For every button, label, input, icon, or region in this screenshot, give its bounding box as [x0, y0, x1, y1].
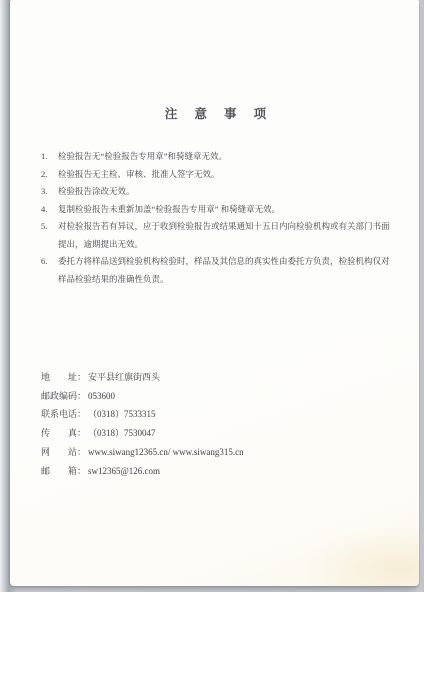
- contact-row-email: 邮 箱： sw12365@126.com: [41, 462, 390, 481]
- contact-value: 053600: [86, 387, 115, 406]
- contact-row-phone: 联系电话： （0318）7533315: [41, 405, 390, 424]
- contact-block: 地 址： 安平县红旗街西头 邮政编码： 053600 联系电话： （0318）7…: [41, 368, 390, 480]
- list-item: 5. 对检验报告若有异议，应于收到检验报告或结果通知十五日内向检验机构或有关部门…: [41, 218, 390, 253]
- contact-row-address: 地 址： 安平县红旗街西头: [41, 368, 390, 387]
- page-title: 注 意 事 项: [41, 104, 390, 122]
- list-item: 1. 检验报告无“检验报告专用章”和骑缝章无效。: [41, 148, 390, 166]
- page-content: 注 意 事 项 1. 检验报告无“检验报告专用章”和骑缝章无效。 2. 检验报告…: [10, 0, 419, 586]
- document-page: 注 意 事 项 1. 检验报告无“检验报告专用章”和骑缝章无效。 2. 检验报告…: [10, 0, 419, 586]
- contact-label: 网 站：: [41, 443, 86, 462]
- contact-label: 传 真：: [41, 424, 86, 443]
- contact-label: 地 址：: [41, 368, 86, 387]
- contact-value: （0318）7530047: [86, 424, 156, 443]
- contact-row-fax: 传 真： （0318）7530047: [41, 424, 390, 443]
- contact-value: www.siwang12365.cn/ www.siwang315.cn: [86, 443, 244, 462]
- item-number: 3.: [41, 183, 58, 201]
- list-item: 6. 委托方将样品送到检验机构检验时，样品及其信息的真实性由委托方负责，检验机构…: [41, 253, 390, 288]
- item-text: 检验报告无“检验报告专用章”和骑缝章无效。: [58, 148, 390, 166]
- contact-row-postcode: 邮政编码： 053600: [41, 387, 390, 406]
- item-number: 4.: [41, 201, 58, 219]
- contact-label: 邮政编码：: [41, 387, 86, 406]
- contact-value: 安平县红旗街西头: [86, 368, 160, 387]
- item-number: 1.: [41, 148, 58, 166]
- contact-label: 联系电话：: [41, 405, 86, 424]
- contact-label: 邮 箱：: [41, 462, 86, 481]
- contact-row-website: 网 站： www.siwang12365.cn/ www.siwang315.c…: [41, 443, 390, 462]
- list-item: 4. 复制检验报告未重新加盖“检验报告专用章” 和骑缝章无效。: [41, 201, 390, 219]
- notice-list: 1. 检验报告无“检验报告专用章”和骑缝章无效。 2. 检验报告无主检、审核、批…: [41, 148, 390, 288]
- scanned-image: 注 意 事 项 1. 检验报告无“检验报告专用章”和骑缝章无效。 2. 检验报告…: [0, 0, 424, 700]
- contact-value: （0318）7533315: [86, 405, 156, 424]
- item-text: 委托方将样品送到检验机构检验时，样品及其信息的真实性由委托方负责，检验机构仅对样…: [58, 253, 390, 288]
- item-number: 2.: [41, 166, 58, 184]
- item-text: 检验报告涂改无效。: [58, 183, 390, 201]
- item-text: 对检验报告若有异议，应于收到检验报告或结果通知十五日内向检验机构或有关部门书面提…: [58, 218, 390, 253]
- item-number: 6.: [41, 253, 58, 288]
- list-item: 3. 检验报告涂改无效。: [41, 183, 390, 201]
- item-text: 检验报告无主检、审核、批准人签字无效。: [58, 166, 390, 184]
- list-item: 2. 检验报告无主检、审核、批准人签字无效。: [41, 166, 390, 184]
- item-text: 复制检验报告未重新加盖“检验报告专用章” 和骑缝章无效。: [58, 201, 390, 219]
- item-number: 5.: [41, 218, 58, 253]
- contact-value: sw12365@126.com: [86, 462, 160, 481]
